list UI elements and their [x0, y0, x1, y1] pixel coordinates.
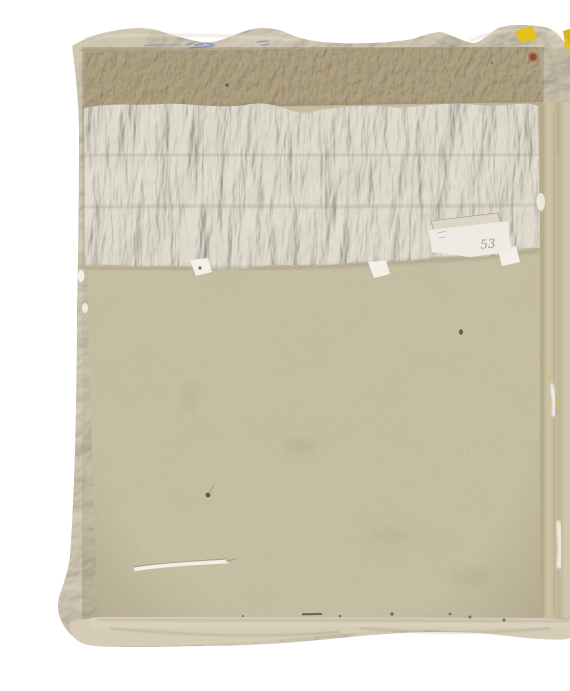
stain — [448, 567, 492, 585]
tack-mark — [302, 613, 322, 616]
yellow-speck — [547, 376, 550, 379]
dark-speck — [198, 266, 201, 269]
yellow-speck — [557, 402, 560, 405]
dark-speck — [459, 329, 463, 335]
tack-mark — [469, 616, 472, 619]
tan-top-band — [84, 47, 543, 108]
label-number: 53 — [480, 236, 497, 252]
relief-left-spill — [82, 303, 88, 313]
right-rail-group — [537, 31, 570, 618]
relief-seam — [86, 154, 538, 156]
dark-drip-speck — [206, 493, 211, 498]
tack-mark — [449, 613, 452, 616]
tack-mark — [242, 615, 244, 617]
relief-left-spill — [78, 270, 85, 282]
stain — [370, 528, 410, 544]
artwork-photo-canvas: 53 — [40, 16, 570, 675]
rail-white-smudge — [537, 193, 545, 211]
red-brown-dot — [529, 53, 537, 61]
tack-mark — [339, 615, 342, 618]
tack-mark — [390, 612, 393, 615]
artwork-photograph: 53 — [40, 16, 570, 675]
paper-label-group: 53 — [429, 213, 511, 257]
tack-mark — [502, 618, 505, 621]
dark-speck — [225, 83, 228, 86]
stretcher-rail — [540, 102, 570, 618]
dark-speck — [491, 62, 493, 64]
rail-white-drip — [557, 521, 561, 568]
stain — [284, 438, 316, 454]
stain — [180, 380, 200, 412]
